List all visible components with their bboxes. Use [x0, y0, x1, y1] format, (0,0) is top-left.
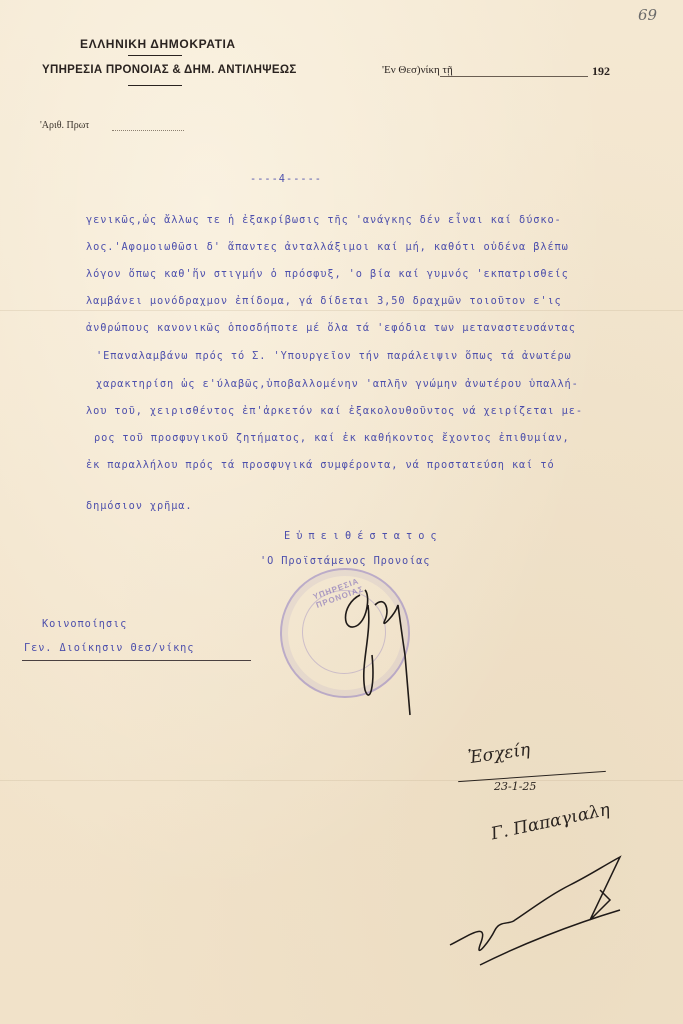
body-line: ἐκ παραλλήλου πρός τά προσφυγικά συμφέρο…	[86, 459, 555, 471]
body-line: λόγον ὅπως καθ'ἥν στιγμήν ὁ πρόσφυξ, 'ο …	[86, 268, 569, 280]
closing: Εὐπειθέστατος	[284, 530, 443, 542]
body-line: 'Επαναλαμβάνω πρός τό Σ. 'Υπουργεῖον τήν…	[96, 350, 572, 362]
place-date-label: 'Εν Θεσ)νίκη τῇ	[382, 64, 453, 76]
letterhead-divider	[128, 55, 182, 56]
date-blank-line	[440, 76, 588, 77]
body-line: γενικῶς,ὡς ἄλλως τε ἡ ἐξακρίβωσις τῆς 'α…	[86, 214, 562, 226]
archive-page-number: 69	[638, 6, 657, 24]
protocol-blank-line	[112, 130, 184, 131]
letterhead-state: ΕΛΛΗΝΙΚΗ ΔΗΜΟΚΡΑΤΙΑ	[80, 37, 236, 51]
letterhead-department: ΥΠΗΡΕΣΙΑ ΠΡΟΝΟΙΑΣ & ΔΗΜ. ΑΝΤΙΛΗΨΕΩΣ	[42, 64, 297, 76]
paper-fold	[0, 780, 683, 781]
year-prefix: 192	[592, 64, 610, 79]
signature-bottom-icon	[440, 845, 640, 975]
cc-underline	[22, 660, 251, 661]
body-line: λου τοῦ, χειρισθέντος ἐπ'ἀρκετόν καί ἐξα…	[86, 405, 583, 417]
letterhead-divider	[128, 85, 182, 86]
body-line: ἀνθρώπους κανονικῶς ὁποσδήποτε μέ ὅλα τά…	[86, 322, 576, 334]
signature-director-icon	[330, 575, 425, 725]
cc-recipient: Γεν. Διοίκησιν Θεσ/νίκης	[24, 642, 194, 654]
paper-fold	[0, 310, 683, 311]
body-line: λος.'Αφομοιωθῶσι δ' ἅπαντες ἀνταλλάξιμοι…	[86, 241, 569, 253]
body-line: χαρακτηρίση ὡς ε'ύλαβῶς,ὑποβαλλομένην 'α…	[96, 378, 579, 390]
signatory-title: 'Ο Προϊστάμενος Προνοίας	[260, 555, 430, 567]
body-line: δημόσιον χρῆμα.	[86, 500, 193, 512]
handwritten-date: 23-1-25	[494, 780, 536, 793]
protocol-label: 'Αριθ. Πρωτ	[40, 120, 89, 131]
cc-label: Κοινοποίησις	[42, 618, 127, 630]
body-line: λαμβάνει μονόδραχμον ἐπίδομα, γά δίδεται…	[86, 295, 562, 307]
body-line: ρος τοῦ προσφυγικοῦ ζητήματος, καί ἐκ κα…	[94, 432, 570, 444]
page-marker: ----4-----	[250, 173, 322, 185]
